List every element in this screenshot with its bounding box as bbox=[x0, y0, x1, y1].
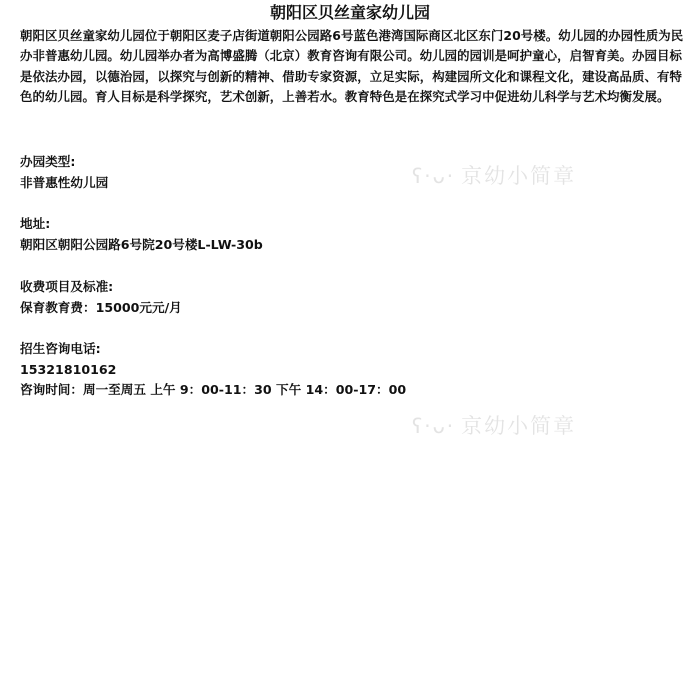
school-type-value: 非普惠性幼儿园 bbox=[20, 173, 108, 194]
contact-phone: 15321810162 bbox=[20, 360, 406, 381]
fee-value: 保育教育费：15000元元/月 bbox=[20, 298, 182, 319]
address-section: 地址: 朝阳区朝阳公园路6号院20号楼L-LW-30b bbox=[20, 214, 263, 255]
page-title: 朝阳区贝丝童家幼儿园 bbox=[0, 2, 700, 24]
wechat-icon: ʕ·ᴗ· bbox=[412, 164, 455, 188]
contact-label: 招生咨询电话: bbox=[20, 339, 406, 360]
intro-paragraph: 朝阳区贝丝童家幼儿园位于朝阳区麦子店街道朝阳公园路6号蓝色港湾国际商区北区东门2… bbox=[20, 26, 684, 108]
wechat-icon: ʕ·ᴗ· bbox=[412, 414, 455, 438]
contact-hours: 咨询时间：周一至周五 上午 9：00-11：30 下午 14：00-17：00 bbox=[20, 380, 406, 401]
address-value: 朝阳区朝阳公园路6号院20号楼L-LW-30b bbox=[20, 235, 263, 256]
watermark: ʕ·ᴗ·京幼小简章 bbox=[412, 160, 576, 190]
watermark: ʕ·ᴗ·京幼小简章 bbox=[412, 410, 576, 440]
address-label: 地址: bbox=[20, 214, 263, 235]
watermark-text: 京幼小简章 bbox=[461, 164, 576, 188]
fee-label: 收费项目及标准: bbox=[20, 277, 182, 298]
watermark-text: 京幼小简章 bbox=[461, 414, 576, 438]
school-type-section: 办园类型: 非普惠性幼儿园 bbox=[20, 152, 108, 193]
contact-section: 招生咨询电话: 15321810162 咨询时间：周一至周五 上午 9：00-1… bbox=[20, 339, 406, 401]
fee-section: 收费项目及标准: 保育教育费：15000元元/月 bbox=[20, 277, 182, 318]
school-type-label: 办园类型: bbox=[20, 152, 108, 173]
